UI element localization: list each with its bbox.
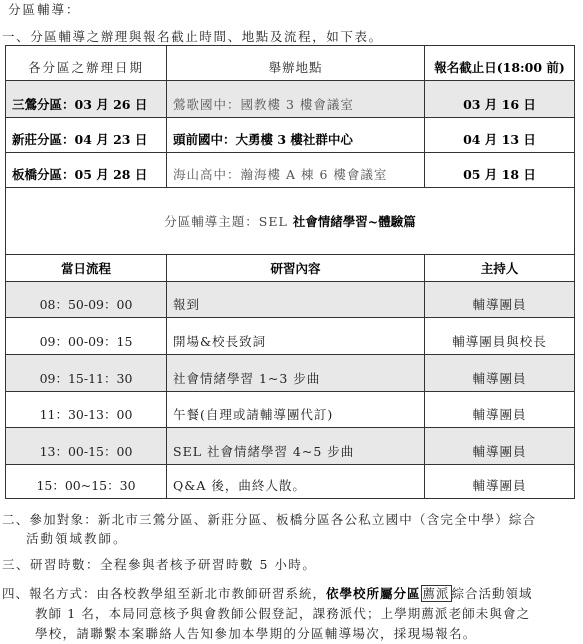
agenda-row: 09：15-11：30 社會情緒學習 1~3 步曲 輔導團員	[6, 355, 575, 392]
section1-title: 一、分區輔導之辦理與報名截止時間、地點及流程，如下表。	[2, 27, 383, 45]
venue: 頭前國中：大勇樓 3 樓社群中心	[167, 118, 425, 153]
agenda-content: 開場&校長致詞	[167, 318, 425, 355]
agenda-row: 15：00~15：30 Q&A 後，曲終人散。 輔導團員	[6, 465, 575, 499]
agenda-host: 輔導團員與校長	[425, 318, 575, 355]
table-header-row: 各分區之辦理日期 舉辦地點 報名截止日(18:00 前)	[6, 46, 575, 81]
section2-line2: 活動領域教師。	[26, 529, 128, 547]
district-date: 新莊分區：04 月 23 日	[6, 118, 167, 153]
table-row: 新莊分區：04 月 23 日 頭前國中：大勇樓 3 樓社群中心 04 月 13 …	[6, 118, 575, 153]
deadline: 05 月 18 日	[425, 153, 575, 188]
schedule-table: 各分區之辦理日期 舉辦地點 報名截止日(18:00 前) 三鶯分區：03 月 2…	[5, 45, 575, 499]
agenda-content: 報到	[167, 282, 425, 318]
agenda-time: 08：50-09：00	[6, 282, 167, 318]
section4-text-a: 四、報名方式：由各校教學組至新北市教師研習系統，	[2, 586, 326, 601]
theme-row: 分區輔導主題：SEL 社會情緒學習~體驗篇	[6, 188, 575, 255]
deadline: 03 月 16 日	[425, 81, 575, 118]
table-row: 板橋分區：05 月 28 日 海山高中：瀚海樓 A 棟 6 樓會議室 05 月 …	[6, 153, 575, 188]
agenda-host: 輔導團員	[425, 428, 575, 465]
district-date: 板橋分區：05 月 28 日	[6, 153, 167, 188]
agenda-host: 輔導團員	[425, 355, 575, 392]
venue: 海山高中：瀚海樓 A 棟 6 樓會議室	[167, 153, 425, 188]
district-date: 三鶯分區：03 月 26 日	[6, 81, 167, 118]
section4-line1: 四、報名方式：由各校教學組至新北市教師研習系統，依學校所屬分區薦派綜合活動領域	[2, 584, 533, 602]
agenda-time: 15：00~15：30	[6, 465, 167, 499]
section4-text-boxed: 薦派	[421, 585, 452, 602]
header-content: 研習內容	[167, 255, 425, 282]
header-deadline: 報名截止日(18:00 前)	[425, 46, 575, 81]
venue: 鶯歌國中：國教樓 3 樓會議室	[167, 81, 425, 118]
agenda-content: Q&A 後，曲終人散。	[167, 465, 425, 499]
agenda-time: 13：00-15：00	[6, 428, 167, 465]
agenda-content: SEL 社會情緒學習 4~5 步曲	[167, 428, 425, 465]
section2-line1: 二、參加對象：新北市三鶯分區、新莊分區、板橋分區各公私立國中（含完全中學）綜合	[2, 510, 536, 528]
section4-text-b: 綜合活動領域	[452, 586, 533, 601]
agenda-host: 輔導團員	[425, 465, 575, 499]
agenda-row: 08：50-09：00 報到 輔導團員	[6, 282, 575, 318]
deadline: 04 月 13 日	[425, 118, 575, 153]
section4-line3: 學校，請聯繫本案聯絡人告知參加本學期的分區輔導場次，採現場報名。	[35, 624, 477, 642]
agenda-host: 輔導團員	[425, 392, 575, 428]
agenda-row: 13：00-15：00 SEL 社會情緒學習 4~5 步曲 輔導團員	[6, 428, 575, 465]
agenda-time: 09：15-11：30	[6, 355, 167, 392]
agenda-time: 11：30-13：00	[6, 392, 167, 428]
agenda-content: 午餐(自理或請輔導團代訂)	[167, 392, 425, 428]
agenda-host: 輔導團員	[425, 282, 575, 318]
table-row: 三鶯分區：03 月 26 日 鶯歌國中：國教樓 3 樓會議室 03 月 16 日	[6, 81, 575, 118]
section4-text-bold: 依學校所屬分區	[326, 586, 421, 601]
agenda-header-row: 當日流程 研習內容 主持人	[6, 255, 575, 282]
agenda-row: 09：00-09：15 開場&校長致詞 輔導團員與校長	[6, 318, 575, 355]
header-venue: 舉辦地點	[167, 46, 425, 81]
theme-title: 社會情緒學習~體驗篇	[293, 214, 416, 229]
theme-prefix: 分區輔導主題：SEL	[164, 214, 292, 229]
theme-cell: 分區輔導主題：SEL 社會情緒學習~體驗篇	[6, 188, 575, 255]
header-time: 當日流程	[6, 255, 167, 282]
header-date: 各分區之辦理日期	[6, 46, 167, 81]
section3-line1: 三、研習時數：全程參與者核予研習時數 5 小時。	[2, 555, 316, 573]
agenda-content: 社會情緒學習 1~3 步曲	[167, 355, 425, 392]
heading: 分區輔導：	[8, 0, 81, 18]
section4-line2: 教師 1 名，本局同意核予與會教師公假登記，課務派代；上學期薦派老師未與會之	[35, 604, 530, 622]
header-host: 主持人	[425, 255, 575, 282]
agenda-time: 09：00-09：15	[6, 318, 167, 355]
agenda-row: 11：30-13：00 午餐(自理或請輔導團代訂) 輔導團員	[6, 392, 575, 428]
